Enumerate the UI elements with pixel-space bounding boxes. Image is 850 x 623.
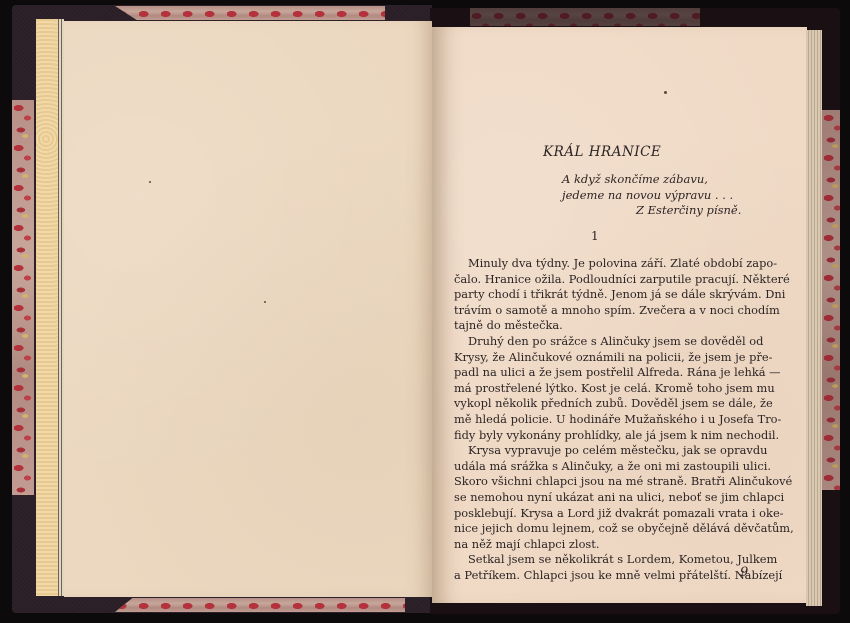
text-line: tajně do městečka. [454,318,750,334]
text-line: na něž mají chlapci zlost. [454,537,750,553]
text-line: Krysa vypravuje po celém městečku, jak s… [454,443,750,459]
marbled-edge-top-right [470,8,700,26]
text-line: posklebují. Krysa a Lord již dvakrát pom… [454,506,750,522]
text-line: má prostřelené lýtko. Kost je celá. Krom… [454,381,750,397]
text-line: udála má srážka s Alinčuky, a že oni mi … [454,459,750,475]
text-line: party chodí i třikrát týdně. Jenom já se… [454,287,750,303]
text-line: mě hledá policie. U hodináře Mužaňského … [454,412,750,428]
epigraph: A když skončíme zábavu, jedeme na novou … [562,172,741,219]
marbled-edge-left [12,100,34,495]
text-line: fidy byly vykonány prohlídky, ale já jse… [454,428,750,444]
epigraph-source: Z Esterčiny písně. [562,203,741,219]
endpaper-strip [36,19,59,596]
page-number: 9 [740,565,748,580]
text-line: vykopl několik předních zubů. Dověděl js… [454,396,750,412]
marbled-corner-top [115,6,385,20]
text-line: trávím o samotě a mnoho spím. Zvečera a … [454,303,750,319]
page-edges-right [806,30,822,606]
section-number: 1 [591,229,599,243]
open-book-photo: KRÁL HRANICE A když skončíme zábavu, jed… [0,0,850,623]
marbled-edge-right [822,110,840,490]
text-line: Minuly dva týdny. Je polovina září. Zlat… [454,256,750,272]
chapter-title: KRÁL HRANICE [543,144,661,160]
text-line: nice jejich domu lejnem, což se obyčejně… [454,521,750,537]
text-line: Setkal jsem se několikrát s Lordem, Kome… [454,552,750,568]
paper-speck [149,181,151,183]
text-line: Druhý den po srážce s Alinčuky jsem se d… [454,334,750,350]
text-line: čalo. Hranice ožila. Podloudníci zarputi… [454,272,750,288]
epigraph-line: jedeme na novou výpravu . . . [562,188,741,204]
body-text: Minuly dva týdny. Je polovina září. Zlat… [454,256,750,583]
text-line: Krysy, že Alinčukové oznámili na policii… [454,350,750,366]
text-line: Skoro všichni chlapci jsou na mé straně.… [454,474,750,490]
marbled-corner-bottom [115,598,405,612]
text-line: se nemohou nyní ukázat ani na ulici, neb… [454,490,750,506]
epigraph-line: A když skončíme zábavu, [562,172,741,188]
paper-speck [264,301,266,303]
left-page-blank [64,21,432,597]
paper-speck [664,91,667,94]
text-line: padl na ulici a že jsem postřelil Alfred… [454,365,750,381]
text-line: a Petříkem. Chlapci jsou ke mně velmi př… [454,568,750,584]
